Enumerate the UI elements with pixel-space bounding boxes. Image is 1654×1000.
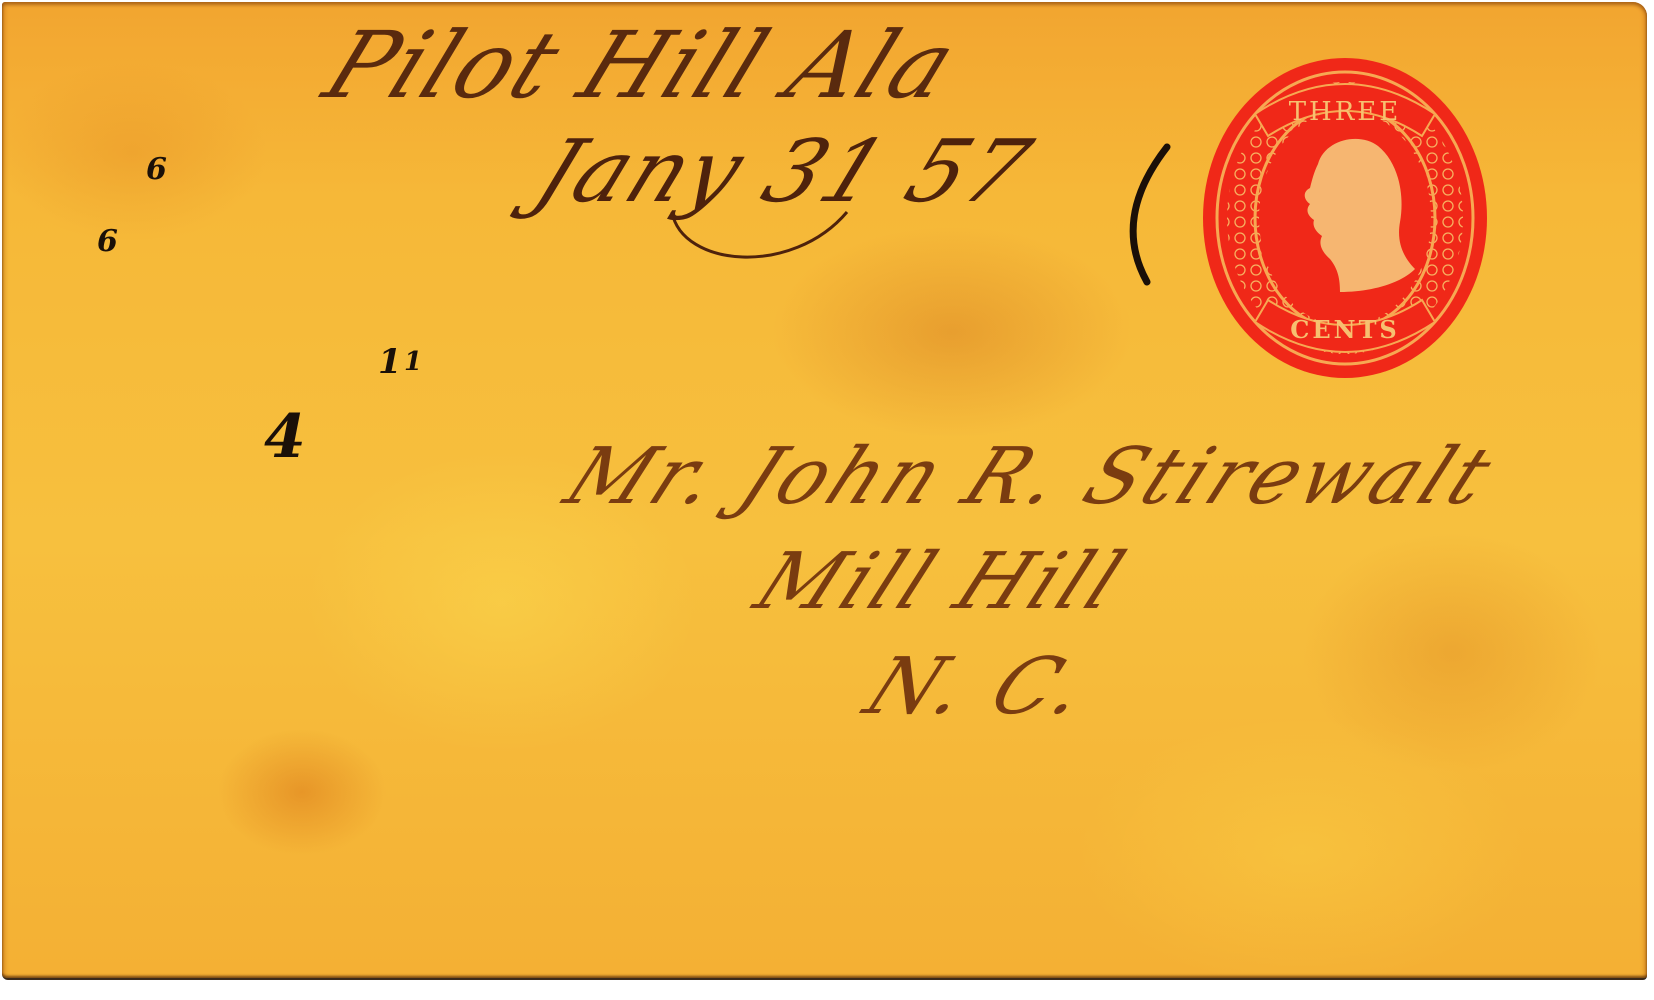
stray-mark: 1 [404, 347, 422, 377]
postmark-town: Pilot Hill Ala [310, 12, 972, 119]
address-line-state: N. C. [852, 642, 1107, 732]
three-cent-stamp: THREE CENTS [1200, 54, 1490, 382]
stamp-top-text: THREE [1289, 97, 1402, 127]
address-line-name: Mr. John R. Stirewalt [552, 432, 1509, 522]
stray-mark: 4 [264, 402, 306, 472]
stray-mark: 1 [378, 342, 402, 382]
envelope: Pilot Hill Ala Jany 31 57 3 6 6 1 1 4 Mr… [2, 2, 1647, 980]
stray-mark: 6 [146, 152, 167, 187]
stray-mark: 6 [97, 224, 118, 259]
rate-stroke [1112, 142, 1182, 292]
address-line-town: Mill Hill [742, 537, 1140, 627]
stamp-bottom-text: CENTS [1290, 315, 1400, 344]
date-flourish [662, 192, 882, 282]
